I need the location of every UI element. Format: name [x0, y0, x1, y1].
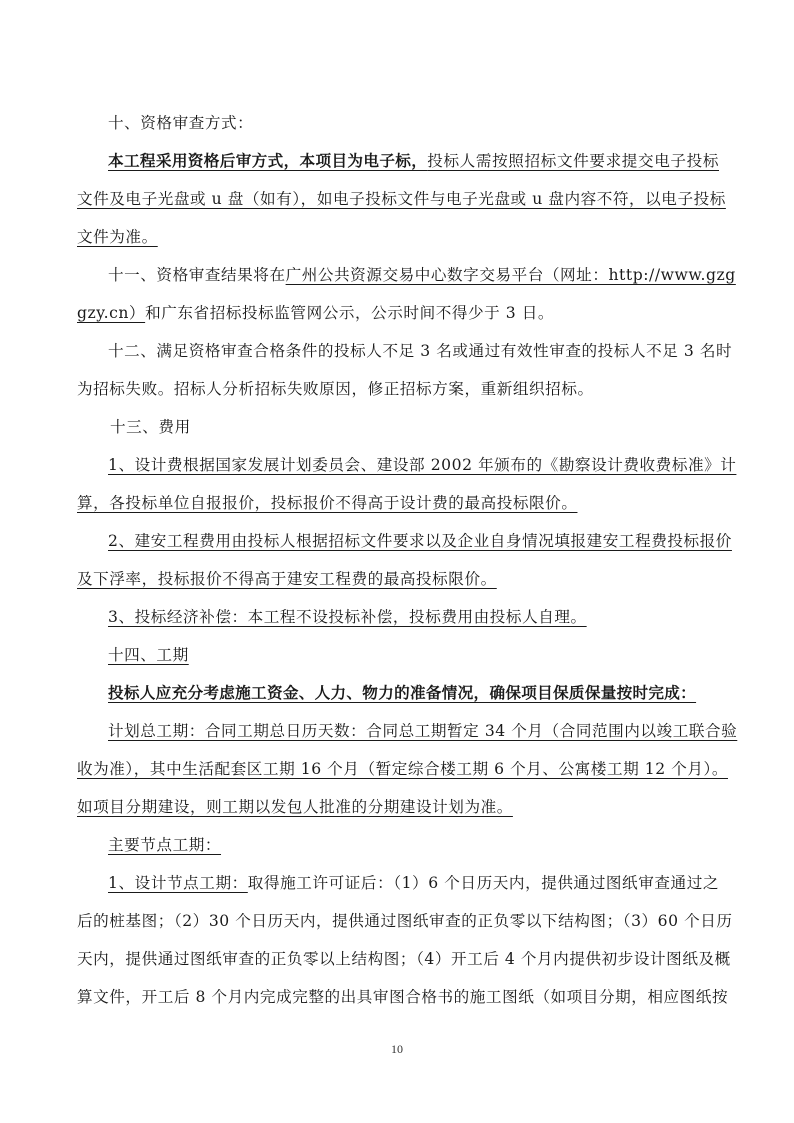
heading-text: 十、资格审查方式：: [108, 114, 253, 132]
section-10-paragraph-line-2: 文件及电子光盘或 u 盘（如有），如电子投标文件与电子光盘或 u 盘内容不符，以…: [77, 189, 719, 209]
section-12-line-2: 为招标失败。招标人分析招标失败原因，修正招标方案，重新组织招标。: [77, 379, 719, 399]
fee-item-1-line-2: 算，各投标单位自报报价，投标报价不得高于设计费的最高投标限价。: [77, 493, 577, 513]
planned-duration-line-3: 如项目分期建设，则工期以发包人批准的分期建设计划为准。: [77, 797, 513, 817]
section-11-suffix: 和广东省招标投标监管网公示，公示时间不得少于 3 日。: [145, 304, 554, 322]
planned-duration-line-2: 收为准），其中生活配套区工期 16 个月（暂定综合楼工期 6 个月、公寓楼工期 …: [77, 759, 719, 779]
section-13-heading: 十三、费用: [110, 417, 752, 437]
milestone-1-label: 1、设计节点工期：: [108, 874, 248, 892]
milestones-heading: 主要节点工期：: [108, 835, 221, 855]
fee-item-3: 3、投标经济补偿：本工程不设投标补偿，投标费用由投标人自理。: [108, 607, 587, 627]
section-11-prefix: 十一、资格审查结果将在: [108, 266, 286, 284]
milestone-1-text: 取得施工许可证后：（1）6 个日历天内，提供通过图纸审查通过之: [248, 874, 719, 892]
milestone-1-line-2: 后的桩基图；（2）30 个日历天内，提供通过图纸审查的正负零以下结构图；（3）6…: [77, 911, 719, 931]
section-12-line-1: 十二、满足资格审查合格条件的投标人不足 3 名或通过有效性审查的投标人不足 3 …: [108, 341, 719, 361]
section-14-heading: 十四、工期: [108, 645, 189, 665]
section-11-line-2: gzy.cn）和广东省招标投标监管网公示，公示时间不得少于 3 日。: [77, 303, 719, 323]
section-14-bold-requirement: 投标人应充分考虑施工资金、人力、物力的准备情况，确保项目保质保量按时完成：: [108, 683, 696, 703]
document-page: 十、资格审查方式： 本工程采用资格后审方式，本项目为电子标，投标人需按照招标文件…: [0, 0, 794, 1123]
section-11-line-1: 十一、资格审查结果将在广州公共资源交易中心数字交易平台（网址：http://ww…: [108, 265, 719, 285]
milestone-1-line-3: 天内，提供通过图纸审查的正负零以上结构图；（4）开工后 4 个月内提供初步设计图…: [77, 949, 719, 969]
bold-statement: 本工程采用资格后审方式，本项目为电子标，: [108, 152, 427, 170]
fee-item-1-line-1: 1、设计费根据国家发展计划委员会、建设部 2002 年颁布的《勘察设计费收费标准…: [108, 455, 719, 475]
milestone-1-line-4: 算文件，开工后 8 个月内完成完整的出具审图合格书的施工图纸（如项目分期，相应图…: [77, 987, 719, 1007]
fee-item-2-line-2: 及下浮率，投标报价不得高于建安工程费的最高投标限价。: [77, 569, 497, 589]
planned-duration-line-1: 计划总工期：合同工期总日历天数：合同总工期暂定 34 个月（合同范围内以竣工联合…: [108, 721, 719, 741]
fee-item-2-line-1: 2、建安工程费用由投标人根据招标文件要求以及企业自身情况填报建安工程费投标报价: [108, 531, 719, 551]
page-number: 10: [0, 1042, 794, 1057]
section-10-paragraph-line-1: 本工程采用资格后审方式，本项目为电子标，投标人需按照招标文件要求提交电子投标: [108, 151, 719, 171]
paragraph-text: 投标人需按照招标文件要求提交电子投标: [427, 152, 719, 170]
platform-link-continued[interactable]: gzy.cn）: [77, 304, 145, 322]
milestone-1-line-1: 1、设计节点工期：取得施工许可证后：（1）6 个日历天内，提供通过图纸审查通过之: [108, 873, 719, 893]
section-10-paragraph-line-3: 文件为准。: [77, 227, 158, 247]
section-10-heading: 十、资格审查方式：: [108, 113, 719, 133]
platform-link[interactable]: 广州公共资源交易中心数字交易平台（网址：http://www.gzg: [286, 266, 736, 284]
